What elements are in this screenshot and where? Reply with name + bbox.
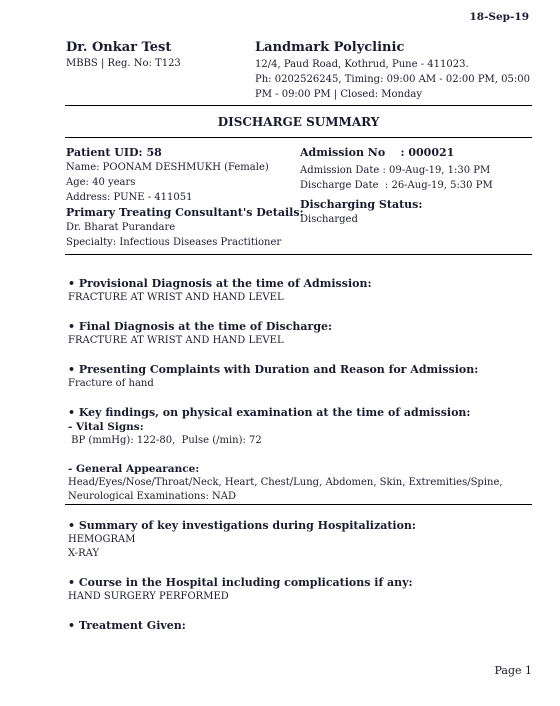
clinic-name: Landmark Polyclinic: [255, 40, 404, 55]
section-heading: • Treatment Given:: [68, 618, 538, 633]
section-provisional-diagnosis: • Provisional Diagnosis at the time of A…: [68, 276, 538, 305]
doctor-name: Dr. Onkar Test: [66, 40, 171, 55]
discharging-status: Discharged: [300, 212, 493, 227]
consultant-name: Dr. Bharat Purandare: [66, 220, 304, 235]
section-presenting-complaints: • Presenting Complaints with Duration an…: [68, 362, 538, 391]
consultant-specialty: Specialty: Infectious Diseases Practitio…: [66, 235, 304, 250]
section-heading: • Summary of key investigations during H…: [68, 518, 538, 533]
patient-address: Address: PUNE - 411051: [66, 190, 304, 205]
section-heading: • Course in the Hospital including compl…: [68, 575, 538, 590]
consultant-heading: Primary Treating Consultant's Details:: [66, 205, 304, 220]
divider: [65, 504, 532, 505]
summary-sections: • Provisional Diagnosis at the time of A…: [68, 276, 538, 647]
divider: [65, 137, 532, 138]
patient-details: Patient UID: 58 Name: POONAM DESHMUKH (F…: [66, 145, 304, 250]
section-value: FRACTURE AT WRIST AND HAND LEVEL: [68, 334, 538, 348]
section-key-findings: • Key findings, on physical examination …: [68, 405, 538, 504]
divider: [65, 254, 532, 255]
admission-date: Admission Date : 09-Aug-19, 1:30 PM: [300, 163, 493, 178]
vital-signs-value: BP (mmHg): 122-80, Pulse (/min): 72: [68, 434, 538, 448]
section-heading: • Key findings, on physical examination …: [68, 405, 538, 420]
page-number: Page 1: [494, 664, 532, 677]
page-title: DISCHARGE SUMMARY: [65, 115, 532, 129]
section-investigations: • Summary of key investigations during H…: [68, 518, 538, 561]
section-value: HAND SURGERY PERFORMED: [68, 590, 538, 604]
section-treatment-given: • Treatment Given:: [68, 618, 538, 633]
clinic-contact: Ph: 0202526245, Timing: 09:00 AM - 02:00…: [255, 72, 535, 102]
patient-name: Name: POONAM DESHMUKH (Female): [66, 160, 304, 175]
vital-signs-heading: - Vital Signs:: [68, 420, 538, 434]
discharging-status-heading: Discharging Status:: [300, 197, 493, 212]
doctor-qualifications: MBBS | Reg. No: T123: [66, 58, 181, 69]
section-value: FRACTURE AT WRIST AND HAND LEVEL: [68, 291, 538, 305]
section-hospital-course: • Course in the Hospital including compl…: [68, 575, 538, 604]
general-appearance-heading: - General Appearance:: [68, 462, 538, 476]
general-appearance-value: Head/Eyes/Nose/Throat/Neck, Heart, Chest…: [68, 476, 538, 504]
section-value: Fracture of hand: [68, 377, 538, 391]
admission-details: Admission No : 000021 Admission Date : 0…: [300, 145, 493, 227]
document-date: 18-Sep-19: [469, 11, 529, 23]
section-heading: • Provisional Diagnosis at the time of A…: [68, 276, 538, 291]
section-heading: • Presenting Complaints with Duration an…: [68, 362, 538, 377]
clinic-address: 12/4, Paud Road, Kothrud, Pune - 411023.: [255, 57, 535, 72]
section-heading: • Final Diagnosis at the time of Dischar…: [68, 319, 538, 334]
patient-age: Age: 40 years: [66, 175, 304, 190]
divider: [65, 105, 532, 106]
patient-uid: Patient UID: 58: [66, 145, 304, 160]
section-value: HEMOGRAM X-RAY: [68, 533, 538, 561]
admission-number: Admission No : 000021: [300, 145, 493, 160]
discharge-date: Discharge Date : 26-Aug-19, 5:30 PM: [300, 178, 493, 193]
section-final-diagnosis: • Final Diagnosis at the time of Dischar…: [68, 319, 538, 348]
clinic-details: 12/4, Paud Road, Kothrud, Pune - 411023.…: [255, 57, 535, 102]
